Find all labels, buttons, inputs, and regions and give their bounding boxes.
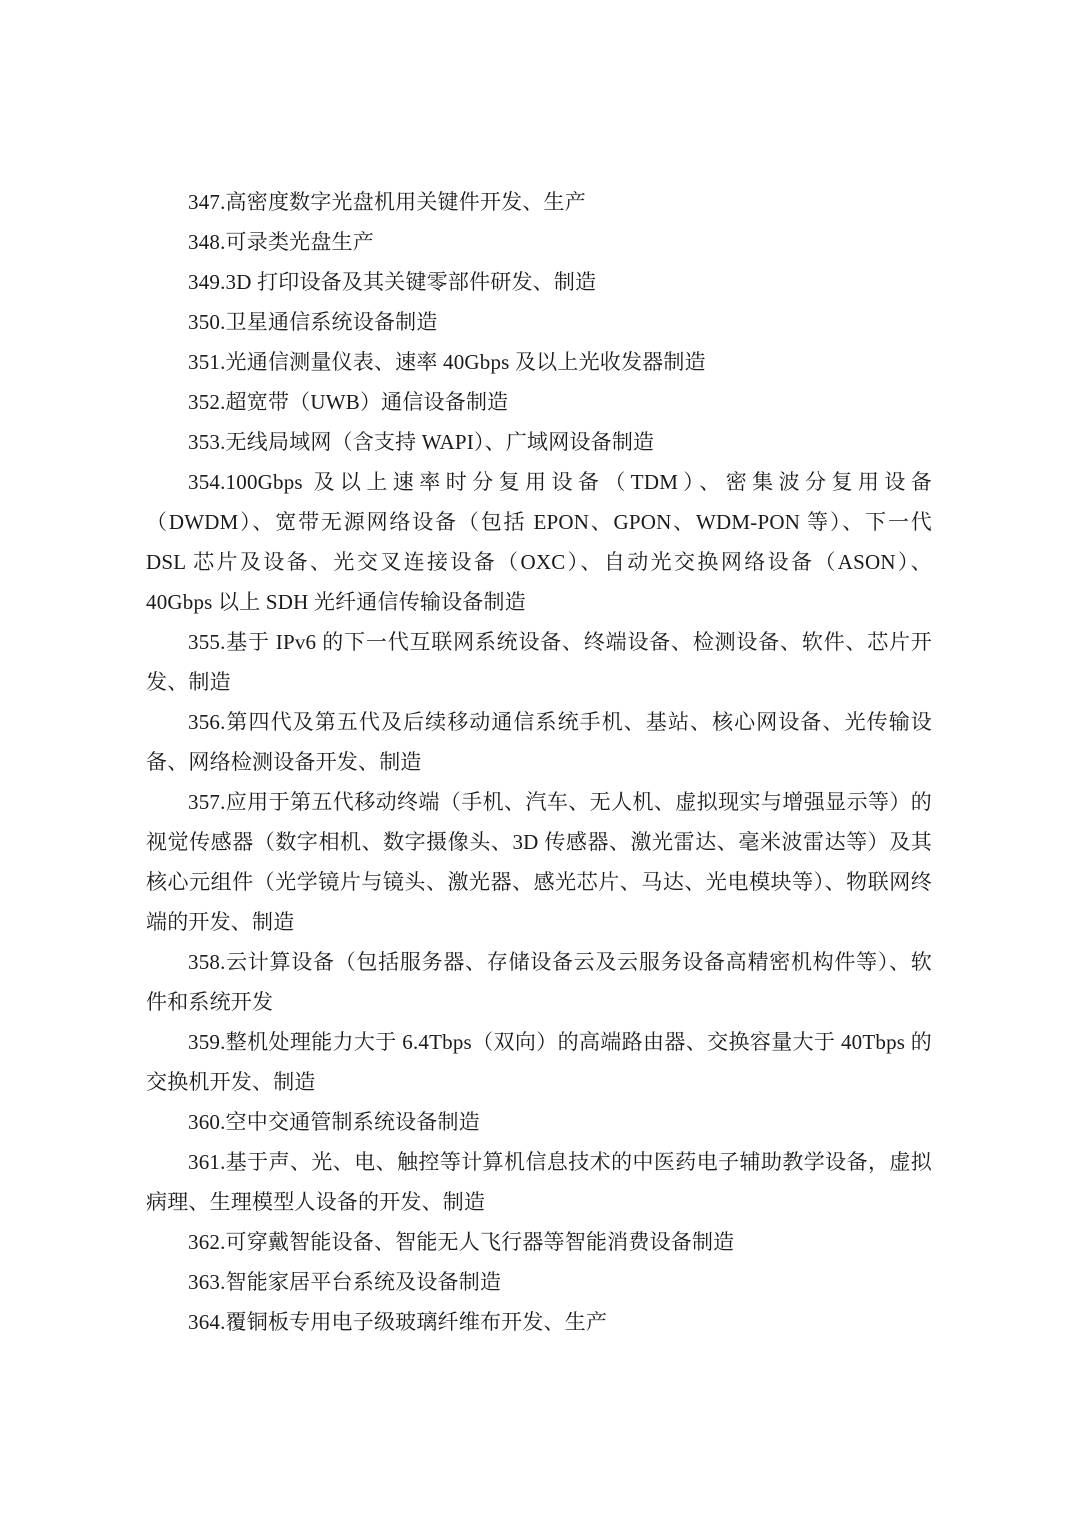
list-item-354: 354.100Gbps 及以上速率时分复用设备（TDM）、密集波分复用设备（DW…	[146, 462, 932, 622]
list-item-358: 358.云计算设备（包括服务器、存储设备云及云服务设备高精密机构件等）、软件和系…	[146, 942, 932, 1022]
list-item-359: 359.整机处理能力大于 6.4Tbps（双向）的高端路由器、交换容量大于 40…	[146, 1022, 932, 1102]
list-item-362: 362.可穿戴智能设备、智能无人飞行器等智能消费设备制造	[146, 1222, 932, 1262]
list-item-352: 352.超宽带（UWB）通信设备制造	[146, 382, 932, 422]
list-item-357: 357.应用于第五代移动终端（手机、汽车、无人机、虚拟现实与增强显示等）的视觉传…	[146, 782, 932, 942]
list-item-360: 360.空中交通管制系统设备制造	[146, 1102, 932, 1142]
list-item-351: 351.光通信测量仪表、速率 40Gbps 及以上光收发器制造	[146, 342, 932, 382]
list-item-349: 349.3D 打印设备及其关键零部件研发、制造	[146, 262, 932, 302]
document-page: 347.高密度数字光盘机用关键件开发、生产 348.可录类光盘生产 349.3D…	[146, 182, 932, 1342]
list-item-353: 353.无线局域网（含支持 WAPI）、广域网设备制造	[146, 422, 932, 462]
list-item-347: 347.高密度数字光盘机用关键件开发、生产	[146, 182, 932, 222]
list-item-356: 356.第四代及第五代及后续移动通信系统手机、基站、核心网设备、光传输设备、网络…	[146, 702, 932, 782]
list-item-350: 350.卫星通信系统设备制造	[146, 302, 932, 342]
list-item-364: 364.覆铜板专用电子级玻璃纤维布开发、生产	[146, 1302, 932, 1342]
list-item-363: 363.智能家居平台系统及设备制造	[146, 1262, 932, 1302]
list-item-361: 361.基于声、光、电、触控等计算机信息技术的中医药电子辅助教学设备，虚拟病理、…	[146, 1142, 932, 1222]
list-item-348: 348.可录类光盘生产	[146, 222, 932, 262]
list-item-355: 355.基于 IPv6 的下一代互联网系统设备、终端设备、检测设备、软件、芯片开…	[146, 622, 932, 702]
